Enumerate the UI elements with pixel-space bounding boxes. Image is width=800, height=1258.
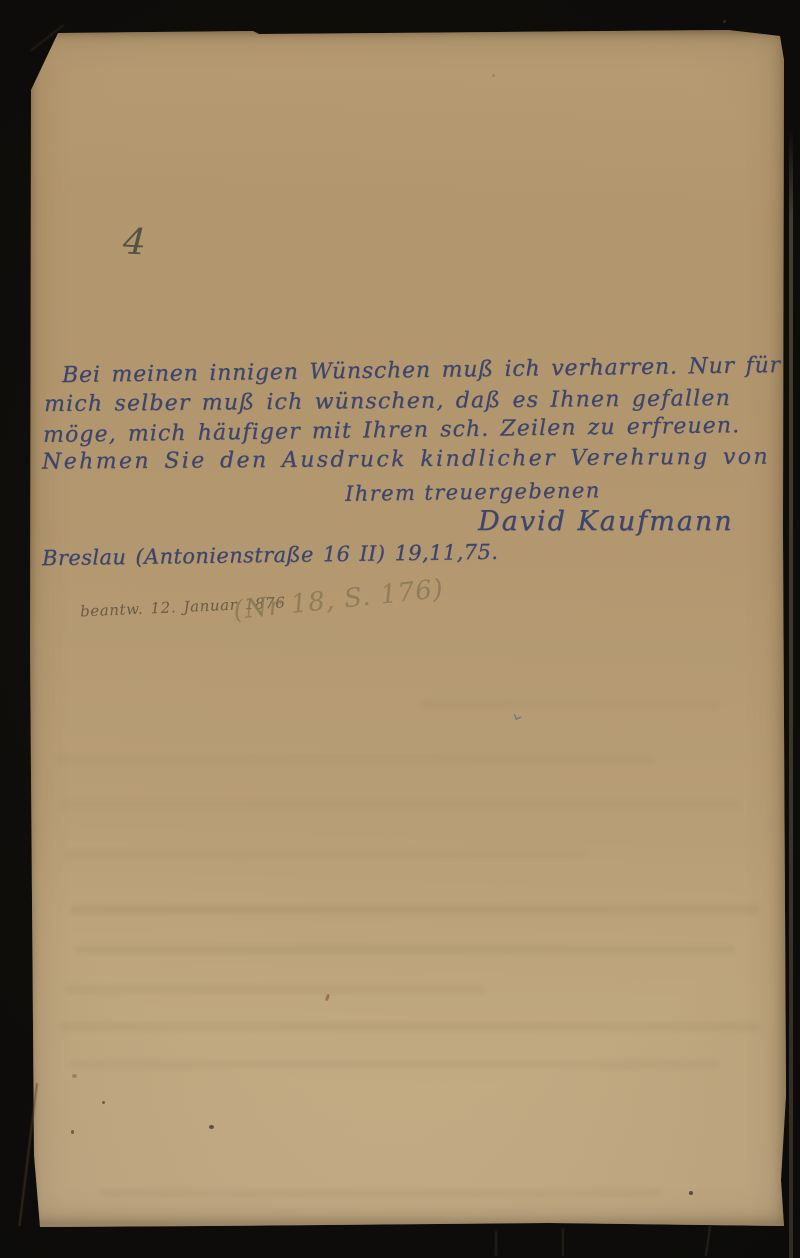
bleed-through-line (75, 945, 735, 954)
bleed-through-line (65, 985, 485, 994)
bleed-through-line (420, 700, 720, 709)
frame-scratch (495, 1231, 497, 1256)
scanned-letter-photo: 4 Bei meinen innigen Wünschen muß ich ve… (0, 0, 800, 1258)
underlying-page-edge (789, 130, 793, 1258)
signature: David Kaufmann (478, 506, 734, 537)
frame-speck (723, 20, 726, 23)
paper-speck (102, 1101, 105, 1104)
frame-scratch (562, 1228, 564, 1256)
bleed-through-line (70, 1060, 720, 1069)
bleed-through-line (55, 755, 655, 764)
paper-speck (492, 74, 495, 77)
letter-page (28, 30, 786, 1227)
valediction-line: Ihrem treuergebenen (345, 478, 601, 506)
bleed-through-line (70, 905, 760, 914)
foxing-speck (72, 1074, 77, 1078)
bleed-through-line (60, 800, 740, 809)
bleed-through-line (65, 850, 585, 859)
page-number-annotation: 4 (122, 221, 147, 263)
bleed-through-line (100, 1188, 660, 1197)
bleed-through-line (60, 1022, 760, 1031)
paper-speck (689, 1191, 693, 1195)
handwriting-line-4: Nehmen Sie den Ausdruck kindlicher Vereh… (42, 444, 770, 474)
paper-speck (209, 1125, 214, 1129)
paper-speck (71, 1130, 74, 1134)
frame-scratch (705, 1226, 711, 1256)
